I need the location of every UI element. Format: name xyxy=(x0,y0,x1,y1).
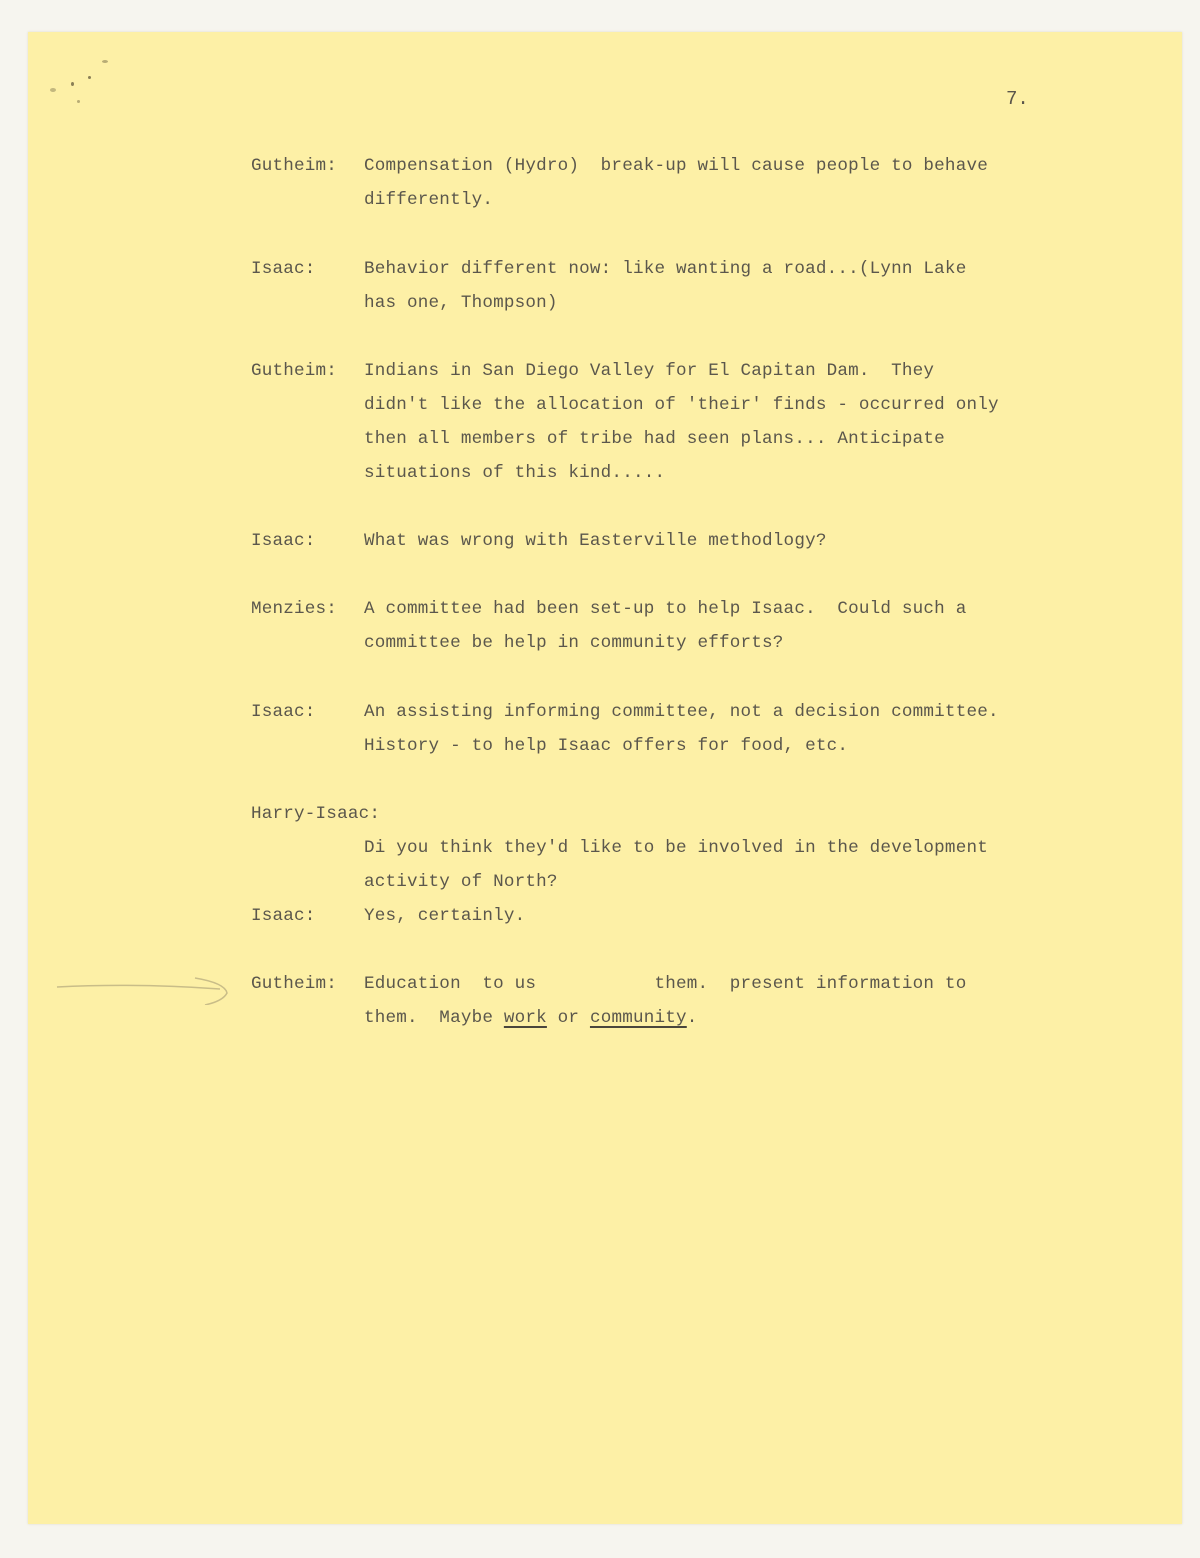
speaker-label: Isaac: xyxy=(251,259,316,279)
transcript-line: History - to help Isaac offers for food,… xyxy=(364,736,848,756)
transcript-line: has one, Thompson) xyxy=(364,293,558,313)
speaker-label: Isaac: xyxy=(251,906,316,926)
transcript-line: Compensation (Hydro) break-up will cause… xyxy=(364,156,988,176)
pencil-arrow-icon xyxy=(55,975,230,1005)
text-segment: . xyxy=(687,1008,698,1028)
paper-speck xyxy=(102,60,108,63)
page-number: 7. xyxy=(1006,88,1029,110)
speaker-label: Menzies: xyxy=(251,599,337,619)
document-page xyxy=(28,32,1182,1524)
paper-speck xyxy=(77,100,80,103)
transcript-line: A committee had been set-up to help Isaa… xyxy=(364,599,966,619)
transcript-line: them. Maybe work or community. xyxy=(364,1008,698,1028)
paper-speck xyxy=(88,76,91,79)
paper-speck xyxy=(50,88,56,92)
text-segment: them. Maybe xyxy=(364,1008,504,1028)
speaker-label: Gutheim: xyxy=(251,156,337,176)
transcript-line: Yes, certainly. xyxy=(364,906,525,926)
transcript-line: then all members of tribe had seen plans… xyxy=(364,429,945,449)
transcript-line: Behavior different now: like wanting a r… xyxy=(364,259,966,279)
transcript-line: An assisting informing committee, not a … xyxy=(364,702,999,722)
text-segment: or xyxy=(547,1008,590,1028)
transcript-line: differently. xyxy=(364,190,493,210)
underlined-word-community: community xyxy=(590,1008,687,1028)
paper-speck xyxy=(71,82,74,86)
transcript-line: didn't like the allocation of 'their' fi… xyxy=(364,395,999,415)
transcript-line: activity of North? xyxy=(364,872,558,892)
transcript-line: Education to us them. present informatio… xyxy=(364,974,966,994)
speaker-label: Isaac: xyxy=(251,702,316,722)
transcript-line: Di you think they'd like to be involved … xyxy=(364,838,988,858)
transcript-line: committee be help in community efforts? xyxy=(364,633,784,653)
speaker-label: Harry-Isaac: xyxy=(251,804,380,824)
underlined-word-work: work xyxy=(504,1008,547,1028)
speaker-label: Isaac: xyxy=(251,531,316,551)
speaker-label: Gutheim: xyxy=(251,974,337,994)
transcript-line: situations of this kind..... xyxy=(364,463,665,483)
transcript-line: What was wrong with Easterville methodlo… xyxy=(364,531,827,551)
transcript-line: Indians in San Diego Valley for El Capit… xyxy=(364,361,934,381)
speaker-label: Gutheim: xyxy=(251,361,337,381)
